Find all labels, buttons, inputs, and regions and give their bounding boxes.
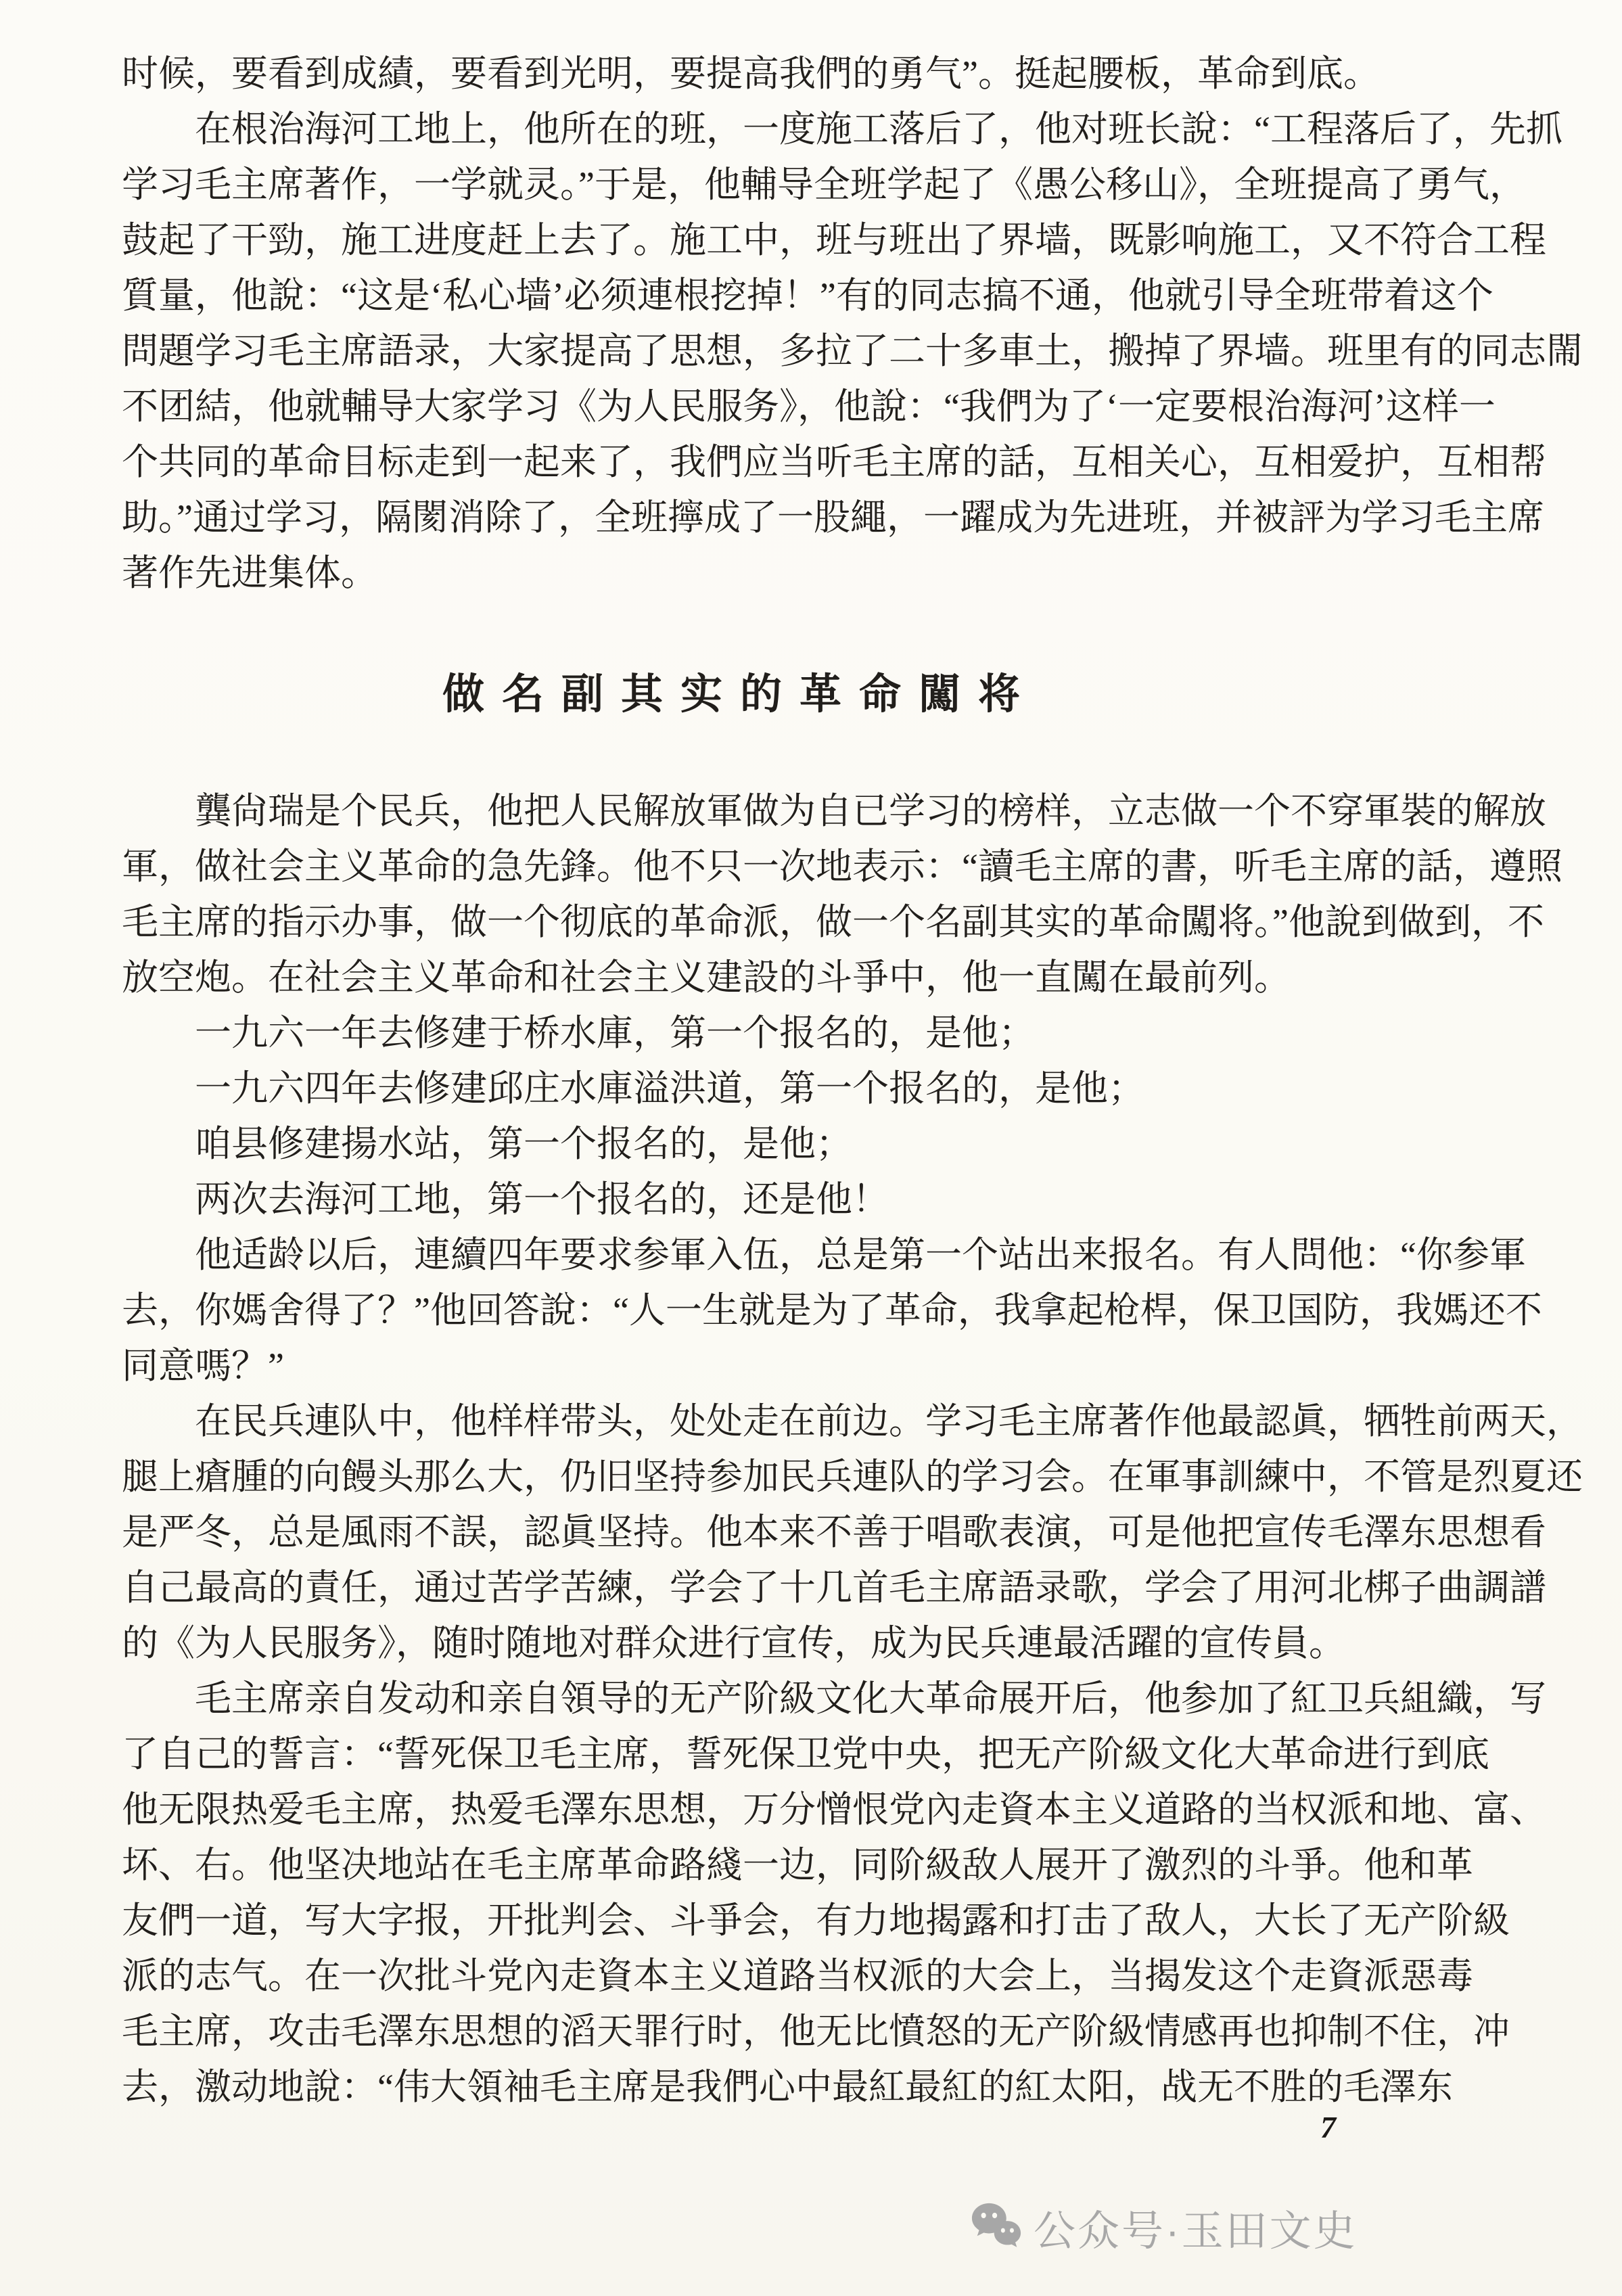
document-page: 时候，要看到成績，要看到光明，要提高我們的勇气”。挺起腰板，革命到底。 在根治海… (0, 0, 1622, 2296)
text-line: 在根治海河工地上，他所在的班，一度施工落后了，他对班长說：“工程落后了，先抓 (122, 101, 1622, 157)
text-line: 一九六四年去修建邱庄水庫溢洪道，第一个报名的，是他； (122, 1061, 1622, 1116)
text-line: 毛主席的指示办事，做一个彻底的革命派，做一个名副其实的革命闖将。”他說到做到，不 (122, 894, 1622, 950)
paragraph-block-1: 时候，要看到成績，要看到光明，要提高我們的勇气”。挺起腰板，革命到底。 在根治海… (122, 46, 1622, 601)
text-line: 毛主席，攻击毛澤东思想的滔天罪行时，他无比憤怒的无产阶級情感再也抑制不住，冲 (122, 2004, 1622, 2059)
text-line: 去，激动地說：“伟大領袖毛主席是我們心中最紅最紅的紅太阳，战无不胜的毛澤东 (122, 2059, 1622, 2115)
paragraph-block-2: 龔尙瑞是个民兵，他把人民解放軍做为自已学习的榜样，立志做一个不穿軍裝的解放 軍，… (122, 783, 1622, 2115)
text-line: 同意嗎？” (122, 1338, 1622, 1394)
text-line: 在民兵連队中，他样样带头，处处走在前边。学习毛主席著作他最認眞，牺牲前两天， (122, 1394, 1622, 1449)
text-line: 軍，做社会主义革命的急先鋒。他不只一次地表示：“讀毛主席的書，听毛主席的話，遵照 (122, 839, 1622, 894)
section-heading: 做名副其实的革命闖将 (0, 664, 1622, 725)
text-line: 去，你媽舍得了？”他回答說：“人一生就是为了革命，我拿起枪桿，保卫国防，我媽还不 (122, 1283, 1622, 1338)
text-line: 他适龄以后，連續四年要求参軍入伍，总是第一个站出来报名。有人問他：“你参軍 (122, 1227, 1622, 1283)
text-line: 学习毛主席著作，一学就灵。”于是，他輔导全班学起了《愚公移山》，全班提高了勇气， (122, 157, 1622, 212)
text-line: 問題学习毛主席語录，大家提高了思想，多拉了二十多車土，搬掉了界墙。班里有的同志閙 (122, 323, 1622, 379)
text-line: 派的志气。在一次批斗党內走資本主义道路当权派的大会上，当揭发这个走資派惡毒 (122, 1948, 1622, 2004)
text-line: 他无限热爱毛主席，热爱毛澤东思想，万分憎恨党內走資本主义道路的当权派和地、富、 (122, 1782, 1622, 1837)
text-line: 不团結，他就輔导大家学习《为人民服务》，他說：“我們为了‘一定要根治海河’这样一 (122, 379, 1622, 434)
text-line: 著作先进集体。 (122, 545, 1622, 601)
page-number: 7 (1320, 2109, 1336, 2145)
watermark: 公众号·玉田文史 (969, 2197, 1358, 2257)
text-line: 質量，他說：“这是‘私心墙’必须連根挖掉！”有的同志搞不通，他就引导全班带着这个 (122, 268, 1622, 323)
text-line: 个共同的革命目标走到一起来了，我們应当听毛主席的話，互相关心，互相爱护，互相帮 (122, 434, 1622, 490)
text-line: 毛主席亲自发动和亲自領导的无产阶級文化大革命展开后，他参加了紅卫兵組織，写 (122, 1671, 1622, 1726)
text-line: 两次去海河工地，第一个报名的，还是他！ (122, 1172, 1622, 1227)
text-line: 是严冬，总是風雨不誤，認眞坚持。他本来不善于唱歌表演，可是他把宣传毛澤东思想看 (122, 1505, 1622, 1560)
text-line: 咱县修建揚水站，第一个报名的，是他； (122, 1116, 1622, 1172)
text-line: 助。”通过学习，隔閡消除了，全班擰成了一股繩，一躍成为先进班，并被評为学习毛主席 (122, 490, 1622, 545)
wechat-icon (969, 2200, 1024, 2255)
text-line: 一九六一年去修建于桥水庫，第一个报名的，是他； (122, 1005, 1622, 1061)
text-line: 友們一道，写大字报，开批判会、斗爭会，有力地揭露和打击了敌人，大长了无产阶級 (122, 1893, 1622, 1948)
text-line: 自己最高的責任，通过苦学苦練，学会了十几首毛主席語录歌，学会了用河北梆子曲調譜 (122, 1560, 1622, 1615)
text-line: 放空炮。在社会主义革命和社会主义建設的斗爭中，他一直闖在最前列。 (122, 950, 1622, 1005)
watermark-label: 公众号·玉田文史 (1034, 2197, 1358, 2257)
text-line: 了自己的誓言：“誓死保卫毛主席，誓死保卫党中央，把无产阶級文化大革命进行到底 (122, 1726, 1622, 1782)
text-line: 时候，要看到成績，要看到光明，要提高我們的勇气”。挺起腰板，革命到底。 (122, 46, 1622, 101)
text-line: 的《为人民服务》，随时随地对群众进行宣传，成为民兵連最活躍的宣传員。 (122, 1615, 1622, 1671)
text-line: 腿上瘡腫的向饅头那么大，仍旧坚持参加民兵連队的学习会。在軍事訓練中，不管是烈夏还 (122, 1449, 1622, 1505)
text-line: 鼓起了干勁，施工进度赶上去了。施工中，班与班出了界墙，既影响施工，又不符合工程 (122, 212, 1622, 268)
text-line: 坏、右。他坚决地站在毛主席革命路綫一边，同阶級敌人展开了激烈的斗爭。他和革 (122, 1837, 1622, 1893)
text-line: 龔尙瑞是个民兵，他把人民解放軍做为自已学习的榜样，立志做一个不穿軍裝的解放 (122, 783, 1622, 839)
